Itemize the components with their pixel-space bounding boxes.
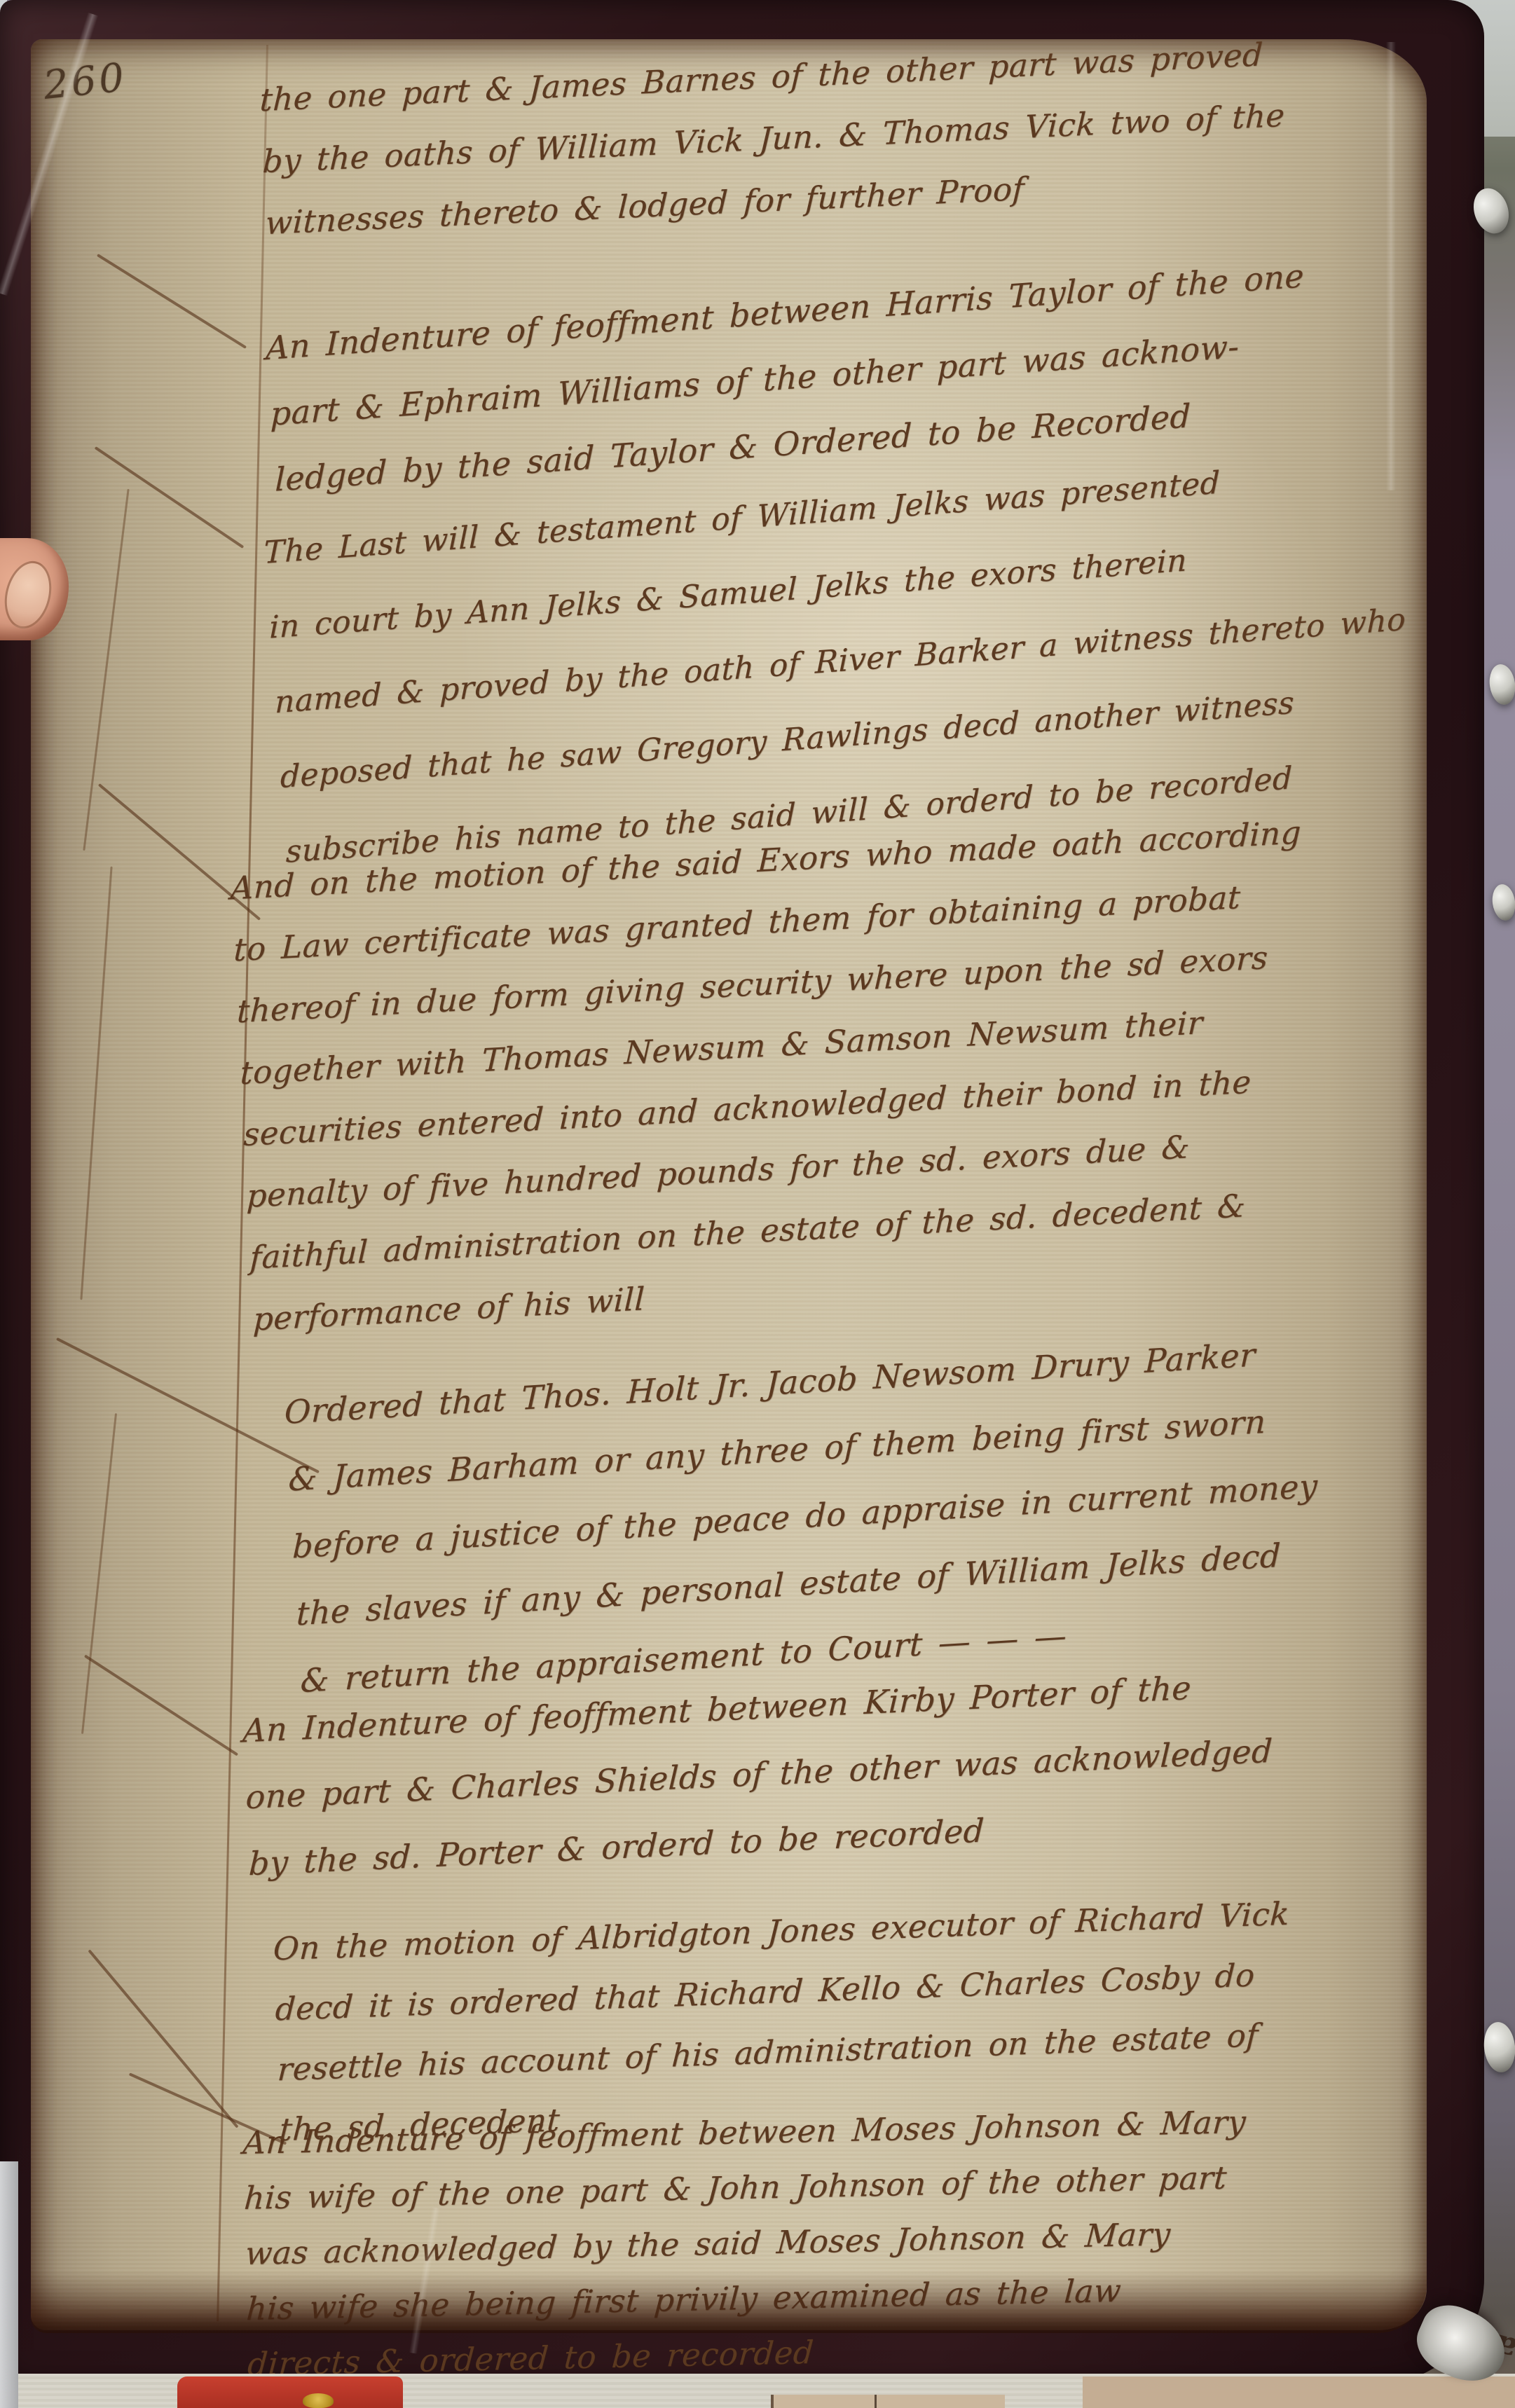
gold-emblem (303, 2393, 334, 2408)
photograph-of-manuscript: arqu 260 the one part & James Barnes (0, 0, 1515, 2408)
sleeve-edge-bottom-left (0, 2161, 18, 2408)
table-surface-bottom (1083, 2376, 1515, 2408)
manuscript-paragraph: An Indenture of feoffment between Moses … (242, 2094, 1251, 2392)
photo-frame-mat: 260 the one part & James Barnes of the o… (0, 0, 1484, 2383)
tan-card-rule (875, 2395, 877, 2408)
manuscript-paragraph: And on the motion of the said Exors who … (229, 801, 1326, 1350)
manuscript-page: 260 the one part & James Barnes of the o… (31, 39, 1427, 2330)
tan-card-edge (771, 2395, 1005, 2408)
plastic-sheen (1386, 42, 1396, 490)
red-book-cloth (177, 2376, 403, 2408)
burned-page-edge (31, 2270, 1427, 2333)
page-number: 260 (41, 55, 129, 109)
manuscript-paragraph: Ordered that Thos. Holt Jr. Jacob Newsom… (282, 1318, 1328, 1714)
